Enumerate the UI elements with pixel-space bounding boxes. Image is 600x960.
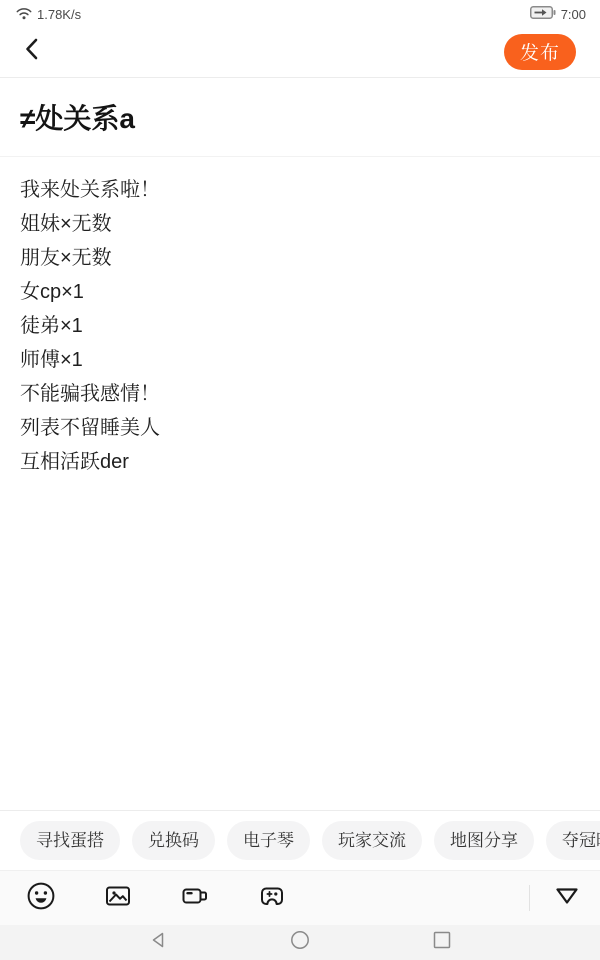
app-header: 发布 — [0, 26, 600, 78]
body-line: 徒弟×1 — [20, 309, 580, 343]
nav-back-button[interactable] — [147, 932, 169, 954]
insert-image-button[interactable] — [103, 883, 133, 913]
composer-toolbar — [0, 870, 600, 925]
battery-charging-icon — [530, 6, 556, 22]
video-icon — [179, 881, 211, 916]
hide-keyboard-button[interactable] — [552, 883, 582, 913]
emoji-button[interactable] — [26, 883, 56, 913]
home-circle-icon — [290, 930, 310, 955]
body-line: 不能骗我感情！ — [20, 377, 580, 411]
body-line: 朋友×无数 — [20, 241, 580, 275]
hide-keyboard-triangle-icon — [553, 884, 581, 913]
nav-home-button[interactable] — [289, 932, 311, 954]
back-chevron-icon — [22, 37, 42, 66]
body-line: 我来处关系啦！ — [20, 173, 580, 207]
chip-topic[interactable]: 电子琴 — [227, 821, 310, 860]
status-right: 7:00 — [530, 6, 586, 22]
toolbar-icons — [26, 883, 287, 913]
recents-square-icon — [432, 930, 452, 955]
nav-recents-button[interactable] — [431, 932, 453, 954]
body-line: 姐妹×无数 — [20, 207, 580, 241]
image-icon — [103, 881, 133, 916]
android-nav-bar — [0, 925, 600, 960]
title-section[interactable]: ≠处关系a — [0, 78, 600, 157]
chip-topic[interactable]: 寻找蛋搭 — [20, 821, 120, 860]
wifi-icon — [16, 6, 32, 23]
clock-label: 7:00 — [561, 7, 586, 22]
chip-topic[interactable]: 夺冠时 — [546, 821, 600, 860]
body-line: 女cp×1 — [20, 275, 580, 309]
post-body-editor[interactable]: 我来处关系啦！ 姐妹×无数 朋友×无数 女cp×1 徒弟×1 师傅×1 不能骗我… — [0, 157, 600, 810]
network-speed-label: 1.78K/s — [37, 7, 81, 22]
compose-post-screen: 1.78K/s 7:00 发布 ≠处关系a — [0, 0, 600, 960]
post-title-input[interactable]: ≠处关系a — [20, 97, 135, 137]
body-line: 师傅×1 — [20, 343, 580, 377]
emoji-icon — [26, 881, 56, 916]
body-line: 列表不留睡美人 — [20, 411, 580, 445]
body-line: 互相活跃der — [20, 445, 580, 479]
insert-game-button[interactable] — [257, 883, 287, 913]
toolbar-divider — [529, 885, 530, 911]
status-bar: 1.78K/s 7:00 — [0, 0, 600, 26]
insert-video-button[interactable] — [180, 883, 210, 913]
back-button[interactable] — [16, 36, 48, 68]
topic-chips-bar: 寻找蛋搭 兑换码 电子琴 玩家交流 地图分享 夺冠时 — [0, 810, 600, 870]
back-triangle-icon — [148, 930, 168, 955]
chip-topic[interactable]: 兑换码 — [132, 821, 215, 860]
chip-topic[interactable]: 地图分享 — [434, 821, 534, 860]
publish-button[interactable]: 发布 — [504, 34, 576, 70]
gamepad-icon — [257, 881, 287, 916]
chip-topic[interactable]: 玩家交流 — [322, 821, 422, 860]
status-left: 1.78K/s — [16, 6, 81, 23]
